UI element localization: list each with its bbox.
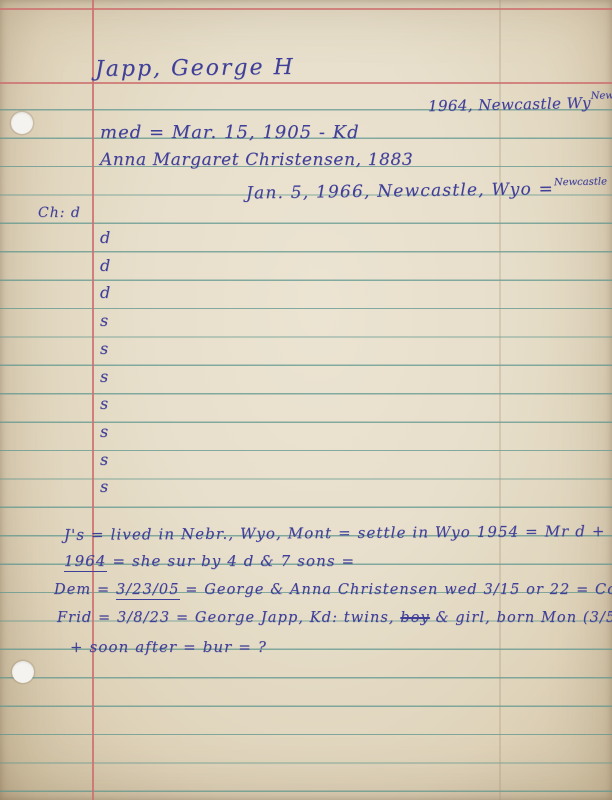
- child-mark: s: [100, 339, 108, 358]
- spouse-death-text: Jan. 5, 1966, Newcastle, Wyo =: [246, 179, 554, 203]
- child-mark: d: [100, 283, 110, 302]
- spouse-name-line: Anna Margaret Christensen, 1883: [100, 150, 413, 170]
- note-line-2-rest: = she sur by 4 d & 7 sons =: [107, 552, 356, 570]
- child-mark: s: [100, 394, 108, 413]
- hole-punch-bottom: [12, 661, 34, 683]
- note-line-1: J's = lived in Nebr., Wyo, Mont = settle…: [64, 522, 606, 544]
- underlined-date: 3/23/05: [116, 582, 180, 600]
- struck-word: boy: [400, 610, 430, 626]
- note-line-3-rest: = George & Anna Christensen wed 3/15 or …: [180, 582, 612, 598]
- hole-punch-top: [11, 112, 33, 134]
- child-mark: s: [100, 367, 108, 386]
- note-line-4-prefix: Frid = 3/8/23 = George Japp, Kd: twins,: [57, 610, 400, 626]
- child-mark: s: [100, 477, 108, 496]
- child-mark: d: [100, 256, 110, 275]
- note-line-3: Dem = 3/23/05 = George & Anna Christense…: [54, 582, 612, 598]
- death-date-text: 1964, Newcastle Wy: [428, 94, 591, 115]
- death-date-superscript: Newcastle: [591, 90, 612, 102]
- marriage-date-line: med = Mar. 15, 1905 - Kd: [100, 122, 360, 143]
- note-line-4: Frid = 3/8/23 = George Japp, Kd: twins, …: [57, 610, 612, 626]
- paper-crease: [499, 0, 501, 800]
- notebook-page: Japp, George H 1964, Newcastle WyNewcast…: [0, 0, 612, 800]
- spouse-death-superscript: Newcastle: [554, 176, 607, 188]
- note-line-4-rest: & girl, born Mon (3/5) = girl: [430, 610, 612, 626]
- children-label: Ch: d: [38, 205, 81, 221]
- spouse-death-line: Jan. 5, 1966, Newcastle, Wyo =Newcastle: [246, 176, 607, 203]
- child-mark: s: [100, 311, 108, 330]
- note-line-2: 1964 = she sur by 4 d & 7 sons =: [64, 552, 355, 570]
- child-mark: s: [100, 422, 108, 441]
- child-mark: s: [100, 450, 108, 469]
- underlined-year: 1964: [64, 552, 107, 572]
- note-line-3-prefix: Dem =: [54, 582, 116, 598]
- margin-red-line: [92, 0, 94, 800]
- page-title-surname: Japp, George H: [95, 55, 295, 82]
- child-mark: d: [100, 228, 110, 247]
- death-date-line: 1964, Newcastle WyNewcastle: [428, 90, 612, 116]
- note-line-5: + soon after = bur = ?: [70, 638, 267, 656]
